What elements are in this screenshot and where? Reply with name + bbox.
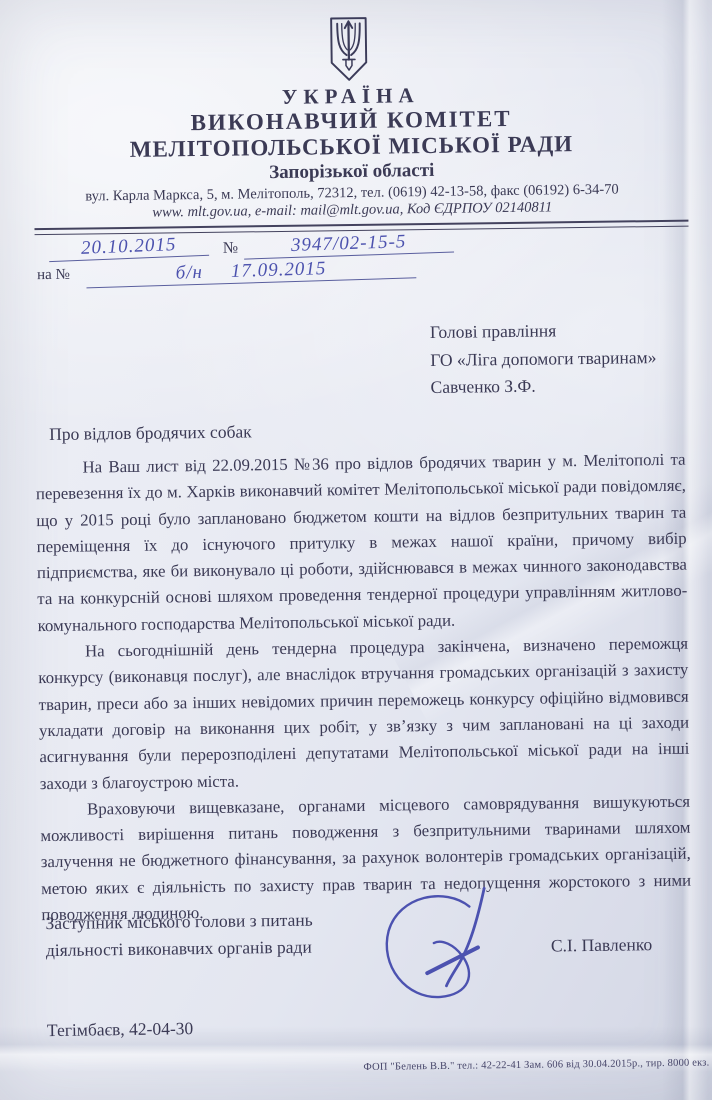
outgoing-number-handwritten: 3947/02-15-5 bbox=[244, 230, 455, 260]
addressee-organization: ГО «Ліга допомоги тваринам» bbox=[430, 344, 657, 374]
addressee-block: Голові правління ГО «Ліга допомоги твари… bbox=[430, 316, 657, 401]
incoming-date-handwritten: 17.09.2015 bbox=[230, 258, 326, 282]
addressee-title: Голові правління bbox=[430, 316, 657, 346]
letter-content: УКРАЇНА ВИКОНАВЧИЙ КОМІТЕТ МЕЛІТОПОЛЬСЬК… bbox=[0, 0, 712, 1100]
scanned-letter-photo: УКРАЇНА ВИКОНАВЧИЙ КОМІТЕТ МЕЛІТОПОЛЬСЬК… bbox=[0, 0, 712, 1100]
incoming-number-handwritten: б/н bbox=[175, 262, 203, 284]
incoming-values-handwritten: б/н17.09.2015 bbox=[86, 255, 417, 288]
body-paragraph-1: На Ваш лист від 22.09.2015 №36 про відло… bbox=[35, 447, 687, 640]
tryzub-emblem-icon bbox=[325, 16, 372, 88]
signer-position-line2: діяльності виконавчих органів ради bbox=[46, 934, 313, 964]
incoming-number-label: на № bbox=[37, 267, 70, 283]
number-sign-label: № bbox=[223, 240, 238, 258]
body-paragraph-3: Враховуючи вищевказане, органами місцево… bbox=[40, 789, 692, 929]
outgoing-date-handwritten: 20.10.2015 bbox=[48, 233, 209, 262]
handwritten-signature-icon bbox=[371, 884, 523, 1016]
letter-body: На Ваш лист від 22.09.2015 №36 про відло… bbox=[35, 447, 691, 929]
subject-line: Про відлов бродячих собак bbox=[49, 421, 252, 445]
registration-row-incoming: на №б/н17.09.2015 bbox=[37, 258, 416, 286]
executor-contact: Тегімбаєв, 42-04-30 bbox=[47, 1018, 194, 1041]
signer-position: Заступник міського голови з питань діяль… bbox=[45, 907, 313, 964]
signer-position-line1: Заступник міського голови з питань bbox=[45, 907, 312, 937]
signer-name: С.І. Павленко bbox=[551, 934, 653, 956]
print-house-note: ФОП "Белень В.В." тел.: 42-22-41 Зам. 60… bbox=[363, 1057, 709, 1073]
addressee-person: Савченко З.Ф. bbox=[430, 371, 657, 401]
spacer bbox=[203, 277, 231, 278]
body-paragraph-2: На сьогоднішній день тендерна процедура … bbox=[38, 631, 690, 797]
